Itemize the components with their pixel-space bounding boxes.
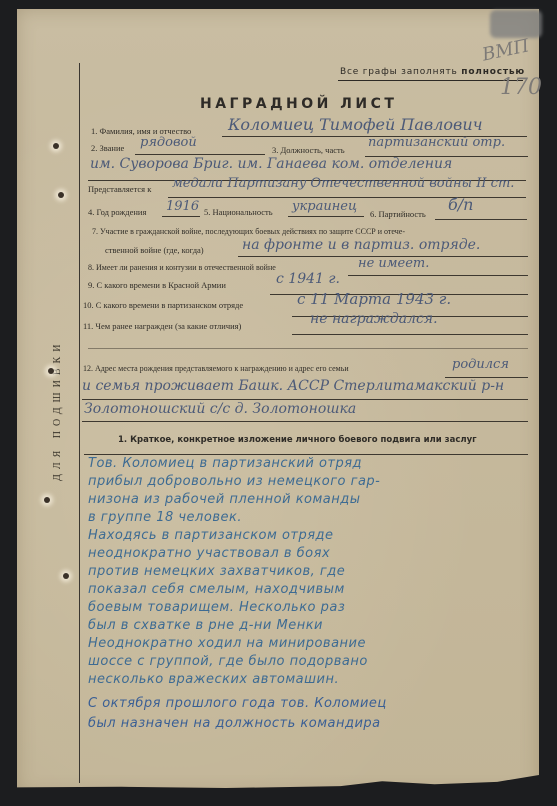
narrative-line: боевым товарищем. Несколько раз [88,600,345,615]
field-value-partisan-since: с 11 Марта 1943 г. [297,290,451,308]
field-value-presented-to: медали Партизану Отечественной войны II … [172,176,514,191]
field-value-position: партизанский отр. [368,135,505,150]
field-label-presented-to: Представляется к [88,184,151,194]
section-heading-feat: 1. Краткое, конкретное изложение личного… [118,435,477,445]
field-label-nationality: 5. Национальность [204,207,273,217]
binding-margin-line [79,63,80,783]
instruction-underline [338,80,523,81]
instruction-note: Все графы заполнять полностью [340,67,525,77]
narrative-line: против немецких захватчиков, где [88,564,345,579]
field-label-war-participation: 7. Участие в гражданской войне, последую… [92,227,405,236]
document-title: НАГРАДНОЙ ЛИСТ [200,96,397,112]
field-value-address-cont2: Золотоношский с/с д. Золотоношка [84,401,356,417]
archive-number: 170 [500,75,542,100]
field-value-name: Коломиец Тимофей Павлович [228,115,483,134]
field-label-partisan-since: 10. С какого времени в партизанском отря… [83,300,243,310]
field-value-address-cont: и семья проживает Башк. АССР Стерлитамак… [82,378,504,394]
narrative-line: низона из рабочей пленной команды [88,492,361,507]
narrative-line: шоссе с группой, где было подорвано [88,654,368,669]
field-label-address: 12. Адрес места рождения представляемого… [83,364,349,373]
underline [348,275,528,276]
narrative-line: Тов. Коломиец в партизанский отряд [88,456,362,471]
field-label-rank: 2. Звание [91,143,124,153]
ink-stain [490,10,542,38]
underline [288,216,364,217]
underline [292,334,528,335]
narrative-line: несколько вражеских автомашин. [88,672,339,687]
punch-hole-icon [53,143,59,149]
field-value-wounds: не имеет. [358,256,429,271]
field-label-wounds: 8. Имеет ли ранения и контузии в отечест… [88,263,276,272]
narrative-line: неоднократно участвовал в боях [88,546,330,561]
field-value-rank: рядовой [140,135,197,150]
field-value-address: родился [452,357,509,372]
punch-hole-icon [63,573,69,579]
narrative-line: Находясь в партизанском отряде [88,528,334,543]
narrative-line: был в схватке в рне д-ни Менки [88,618,323,633]
field-label-party: 6. Партийность [370,209,426,219]
underline [84,454,528,455]
field-label-previous-awards: 11. Чем ранее награжден (за какие отличи… [83,321,241,331]
underline [162,216,200,217]
underline [435,219,527,220]
field-label-birth-year: 4. Год рождения [88,207,146,217]
narrative-line: С октября прошлого года тов. Коломиец [88,696,387,711]
binding-margin-label: ДЛЯ ПОДШИВКИ [52,315,76,505]
narrative-line: был назначен на должность командира [88,716,381,731]
underline [82,399,528,400]
underline [135,154,265,155]
field-label-war-participation-cont: ственной войне (где, когда) [105,245,204,255]
field-value-war-participation: на фронте и в партиз. отряде. [242,237,480,253]
field-value-birth-year: 1916 [166,199,199,214]
narrative-line: в группе 18 человек. [88,510,242,525]
narrative-line: прибыл добровольно из немецкого гар- [88,474,380,489]
field-value-nationality: украинец [292,199,357,214]
narrative-line: Неоднократно ходил на минирование [88,636,366,651]
punch-hole-icon [58,192,64,198]
underline [82,421,528,422]
field-label-red-army-since: 9. С какого времени в Красной Армии [88,280,226,290]
divider [88,348,528,349]
field-value-previous-awards: не награждался. [310,311,438,327]
narrative-line: показал себя смелым, находчивым [88,582,345,597]
punch-hole-icon [48,368,54,374]
field-value-red-army-since: с 1941 г. [276,271,340,287]
punch-hole-icon [44,497,50,503]
field-label-position: 3. Должность, часть [272,145,345,155]
field-value-position-cont: им. Суворова Бриг. им. Ганаева ком. отде… [90,156,452,172]
field-value-party: б/п [448,195,473,214]
